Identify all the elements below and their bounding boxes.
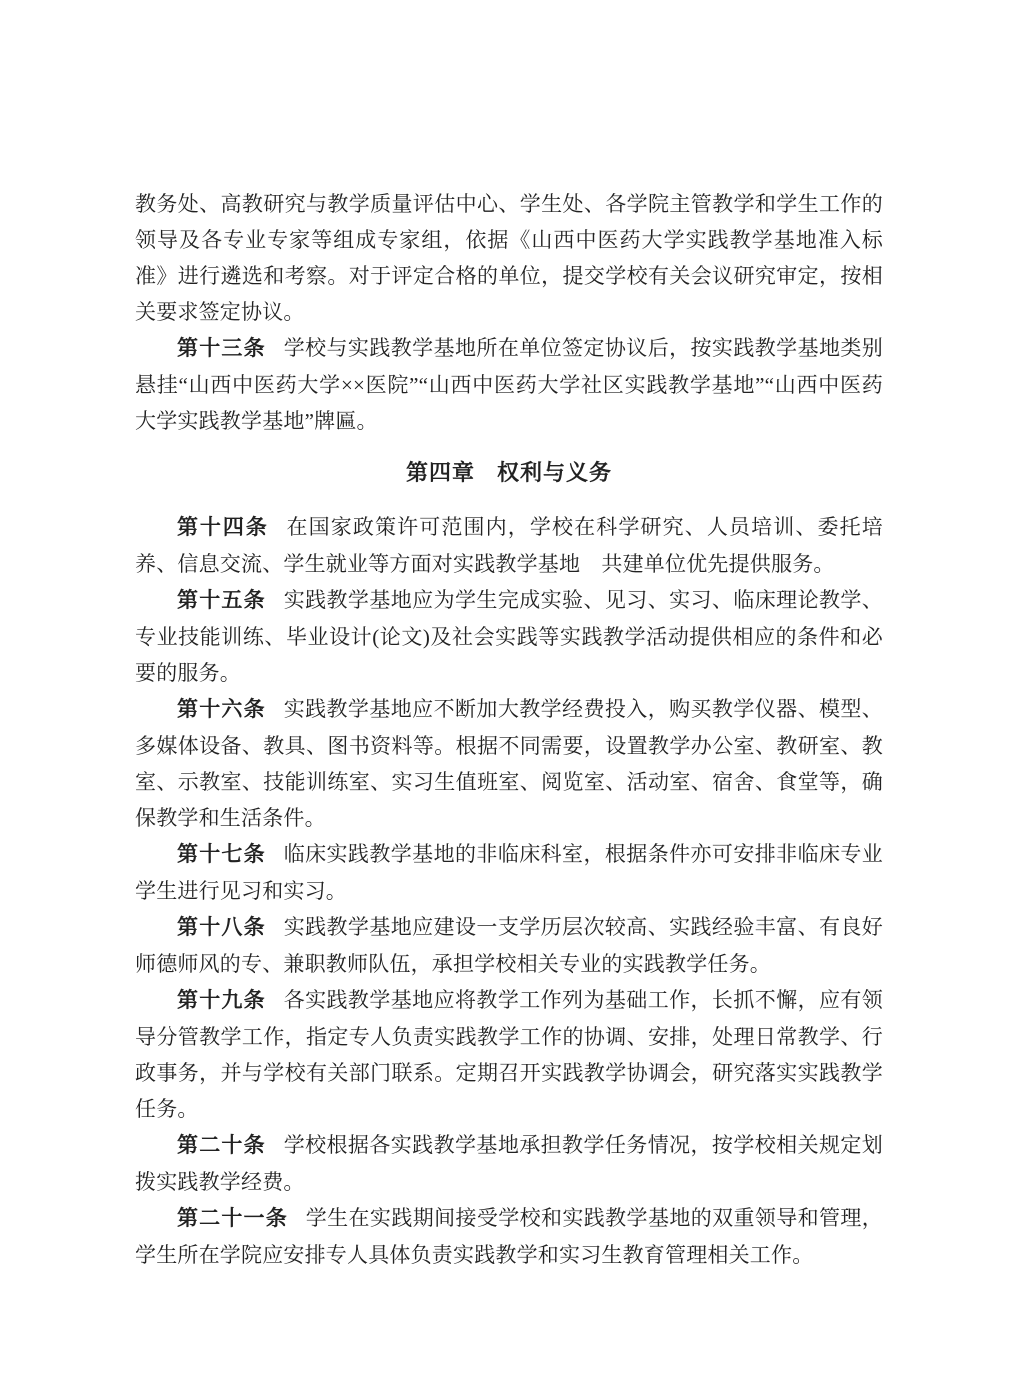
article-20-label: 第二十条: [177, 1134, 266, 1157]
article-14-label: 第十四条: [177, 516, 269, 539]
article-14: 第十四条在国家政策许可范围内，学校在科学研究、人员培训、委托培养、信息交流、学生…: [135, 509, 883, 582]
article-21: 第二十一条学生在实践期间接受学校和实践教学基地的双重领导和管理，学生所在学院应安…: [135, 1200, 883, 1273]
article-13-label: 第十三条: [177, 337, 266, 360]
article-19-label: 第十九条: [177, 989, 266, 1012]
document-content: 教务处、高教研究与教学质量评估中心、学生处、各学院主管教学和学生工作的领导及各专…: [135, 186, 883, 1273]
article-19: 第十九条各实践教学基地应将教学工作列为基础工作，长抓不懈，应有领导分管教学工作，…: [135, 982, 883, 1127]
paragraph-continuation: 教务处、高教研究与教学质量评估中心、学生处、各学院主管教学和学生工作的领导及各专…: [135, 186, 883, 330]
article-21-label: 第二十一条: [177, 1207, 288, 1230]
chapter-heading: 第四章权利与义务: [135, 455, 883, 491]
article-13: 第十三条学校与实践教学基地所在单位签定协议后，按实践教学基地类别悬挂“山西中医药…: [135, 330, 883, 439]
chapter-title: 权利与义务: [497, 460, 612, 485]
article-15: 第十五条实践教学基地应为学生完成实验、见习、实习、临床理论教学、专业技能训练、毕…: [135, 582, 883, 691]
article-17: 第十七条临床实践教学基地的非临床科室，根据条件亦可安排非临床专业学生进行见习和实…: [135, 836, 883, 909]
article-16: 第十六条实践教学基地应不断加大教学经费投入，购买教学仪器、模型、多媒体设备、教具…: [135, 691, 883, 836]
article-16-label: 第十六条: [177, 698, 266, 721]
chapter-number: 第四章: [406, 460, 475, 485]
article-17-label: 第十七条: [177, 843, 266, 866]
article-15-label: 第十五条: [177, 589, 266, 612]
article-18-label: 第十八条: [177, 916, 266, 939]
article-20: 第二十条学校根据各实践教学基地承担教学任务情况，按学校相关规定划拨实践教学经费。: [135, 1127, 883, 1200]
document-page: 教务处、高教研究与教学质量评估中心、学生处、各学院主管教学和学生工作的领导及各专…: [0, 0, 1024, 1379]
article-18: 第十八条实践教学基地应建设一支学历层次较高、实践经验丰富、有良好师德师风的专、兼…: [135, 909, 883, 982]
